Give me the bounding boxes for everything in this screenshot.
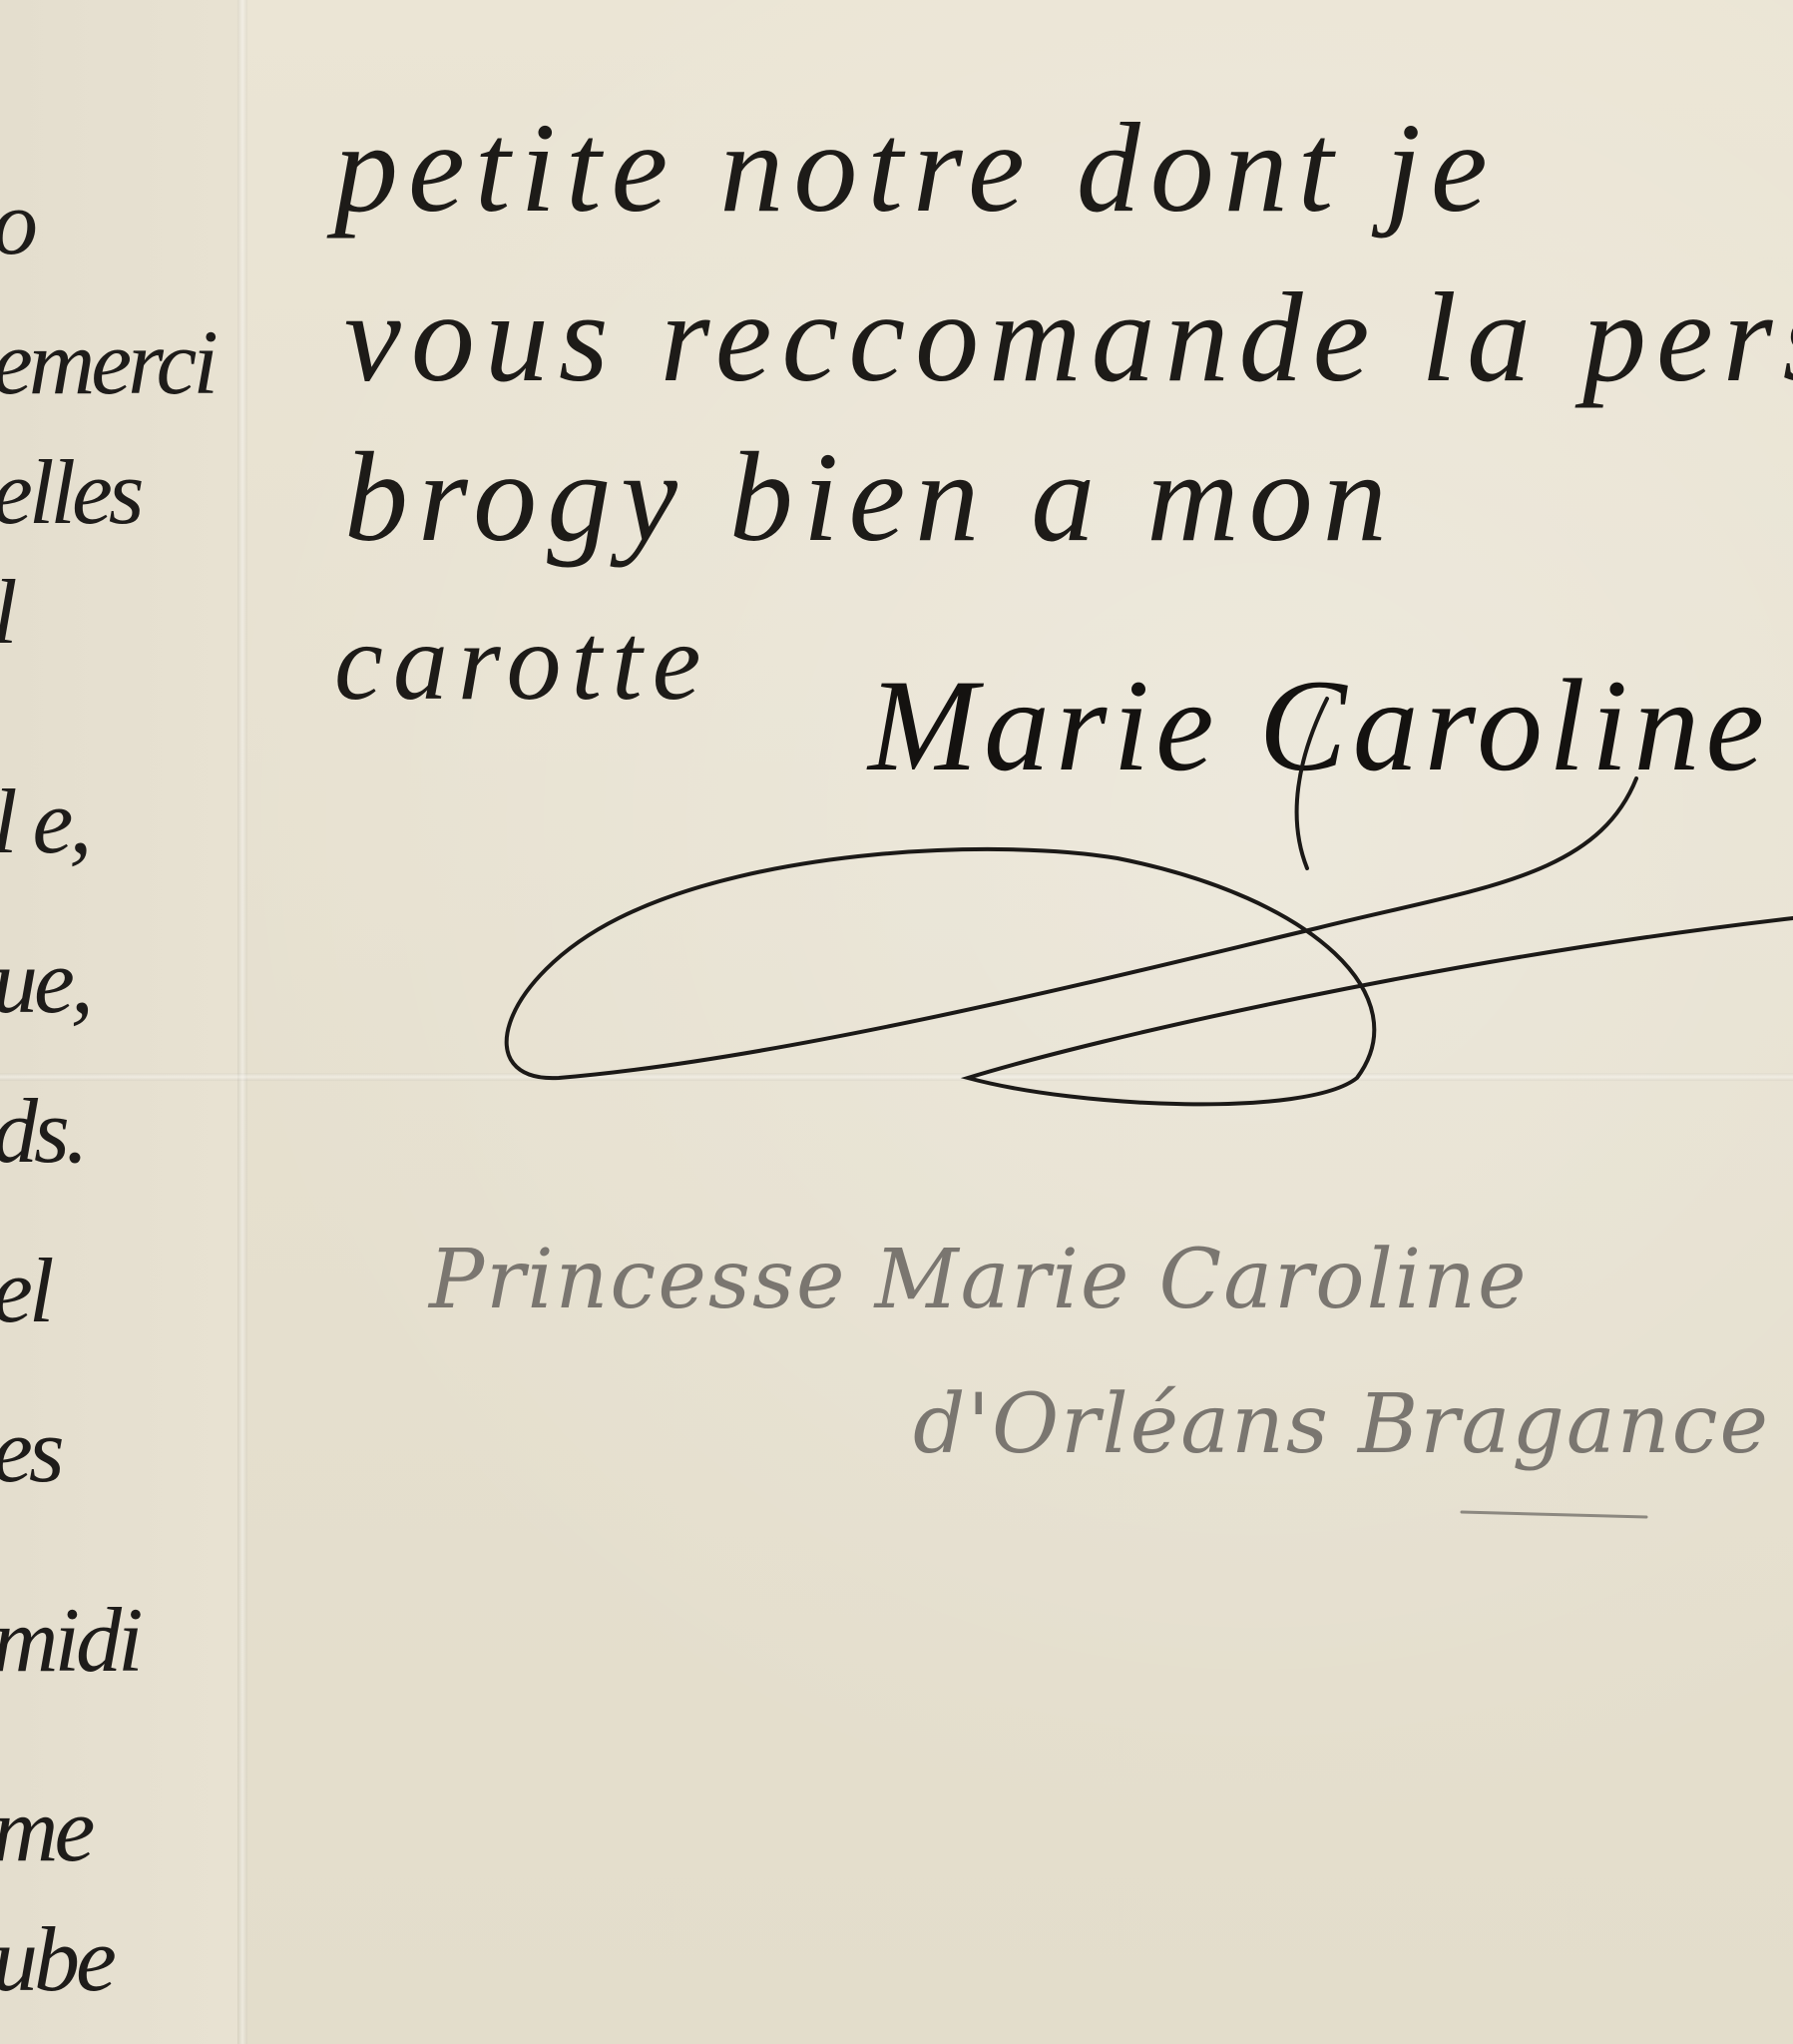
pencil-annotation-line-2: d'Orléans Bragance	[913, 1377, 1770, 1472]
pencil-annotation-line-1: Princesse Marie Caroline	[429, 1233, 1528, 1327]
letter-sheet: o emerci elles l l e, ue, ds. el es midi…	[0, 0, 1793, 2044]
signature-flourish	[0, 0, 1793, 2044]
